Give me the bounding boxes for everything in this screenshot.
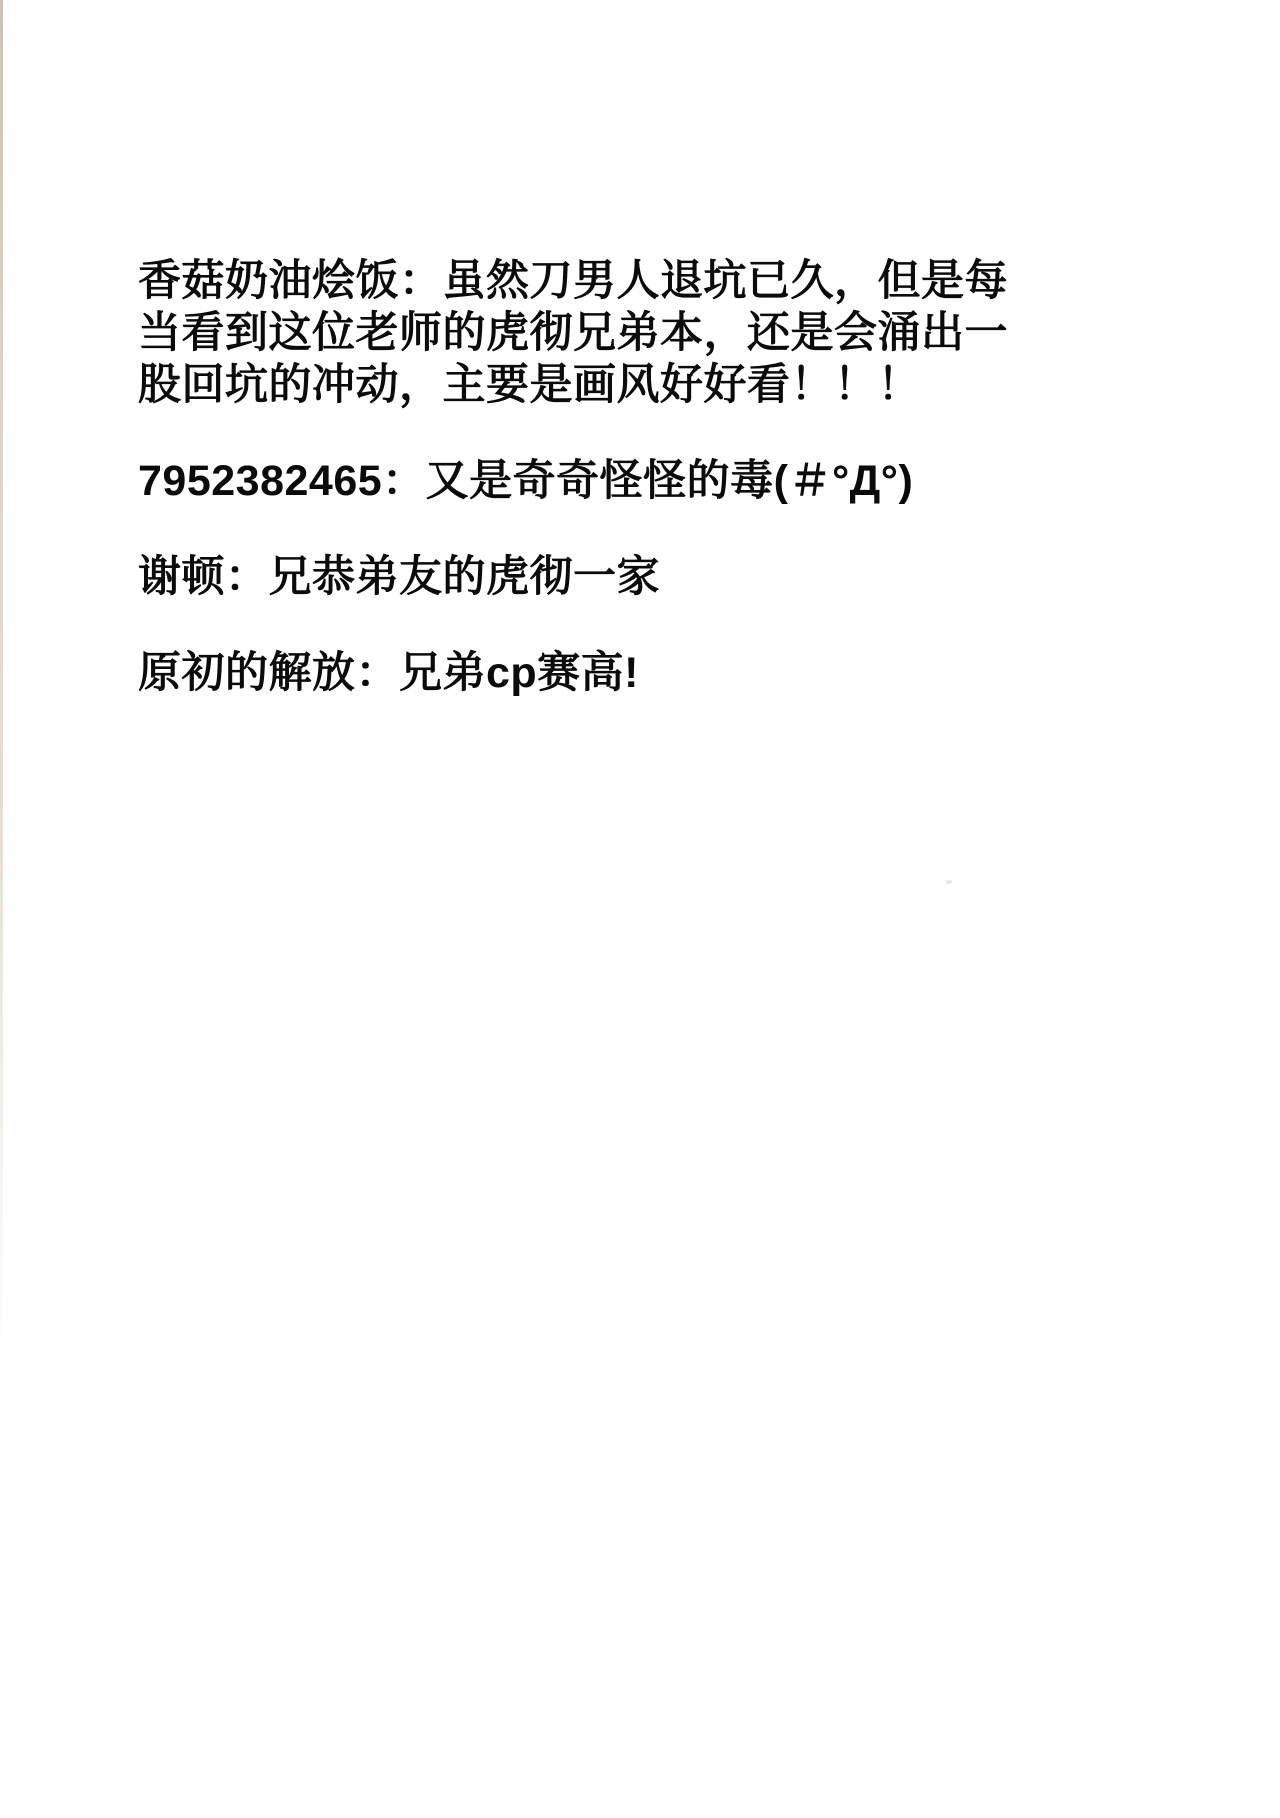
comment-line: 7952382465：又是奇奇怪怪的毒(＃°Д°) (138, 455, 1010, 507)
comment-line: 谢顿：兄恭弟友的虎彻一家 (138, 551, 1010, 603)
comment-colon: ： (399, 257, 443, 305)
comment-colon: ： (356, 649, 400, 697)
comment-author: 谢顿 (138, 553, 225, 601)
scanned-page: 香菇奶油烩饭：虽然刀男人退坑已久，但是每当看到这位老师的虎彻兄弟本，还是会涌出一… (0, 0, 1280, 1818)
comment-author: 7952382465 (138, 457, 382, 505)
comment-author: 原初的解放 (138, 649, 356, 697)
scan-edge-shadow (0, 0, 3, 1360)
comment-author: 香菇奶油烩饭 (138, 257, 399, 305)
comment-line: 原初的解放：兄弟cp赛高! (138, 647, 1010, 699)
comment-colon: ： (382, 457, 426, 505)
comment-line: 香菇奶油烩饭：虽然刀男人退坑已久，但是每当看到这位老师的虎彻兄弟本，还是会涌出一… (138, 255, 1010, 411)
comment-text: 又是奇奇怪怪的毒(＃°Д°) (426, 457, 914, 505)
comment-text: 兄恭弟友的虎彻一家 (269, 553, 661, 601)
reader-comments-block: 香菇奶油烩饭：虽然刀男人退坑已久，但是每当看到这位老师的虎彻兄弟本，还是会涌出一… (138, 255, 1010, 743)
scan-speck (946, 880, 952, 884)
comment-text: 兄弟cp赛高! (399, 649, 639, 697)
comment-colon: ： (225, 553, 269, 601)
